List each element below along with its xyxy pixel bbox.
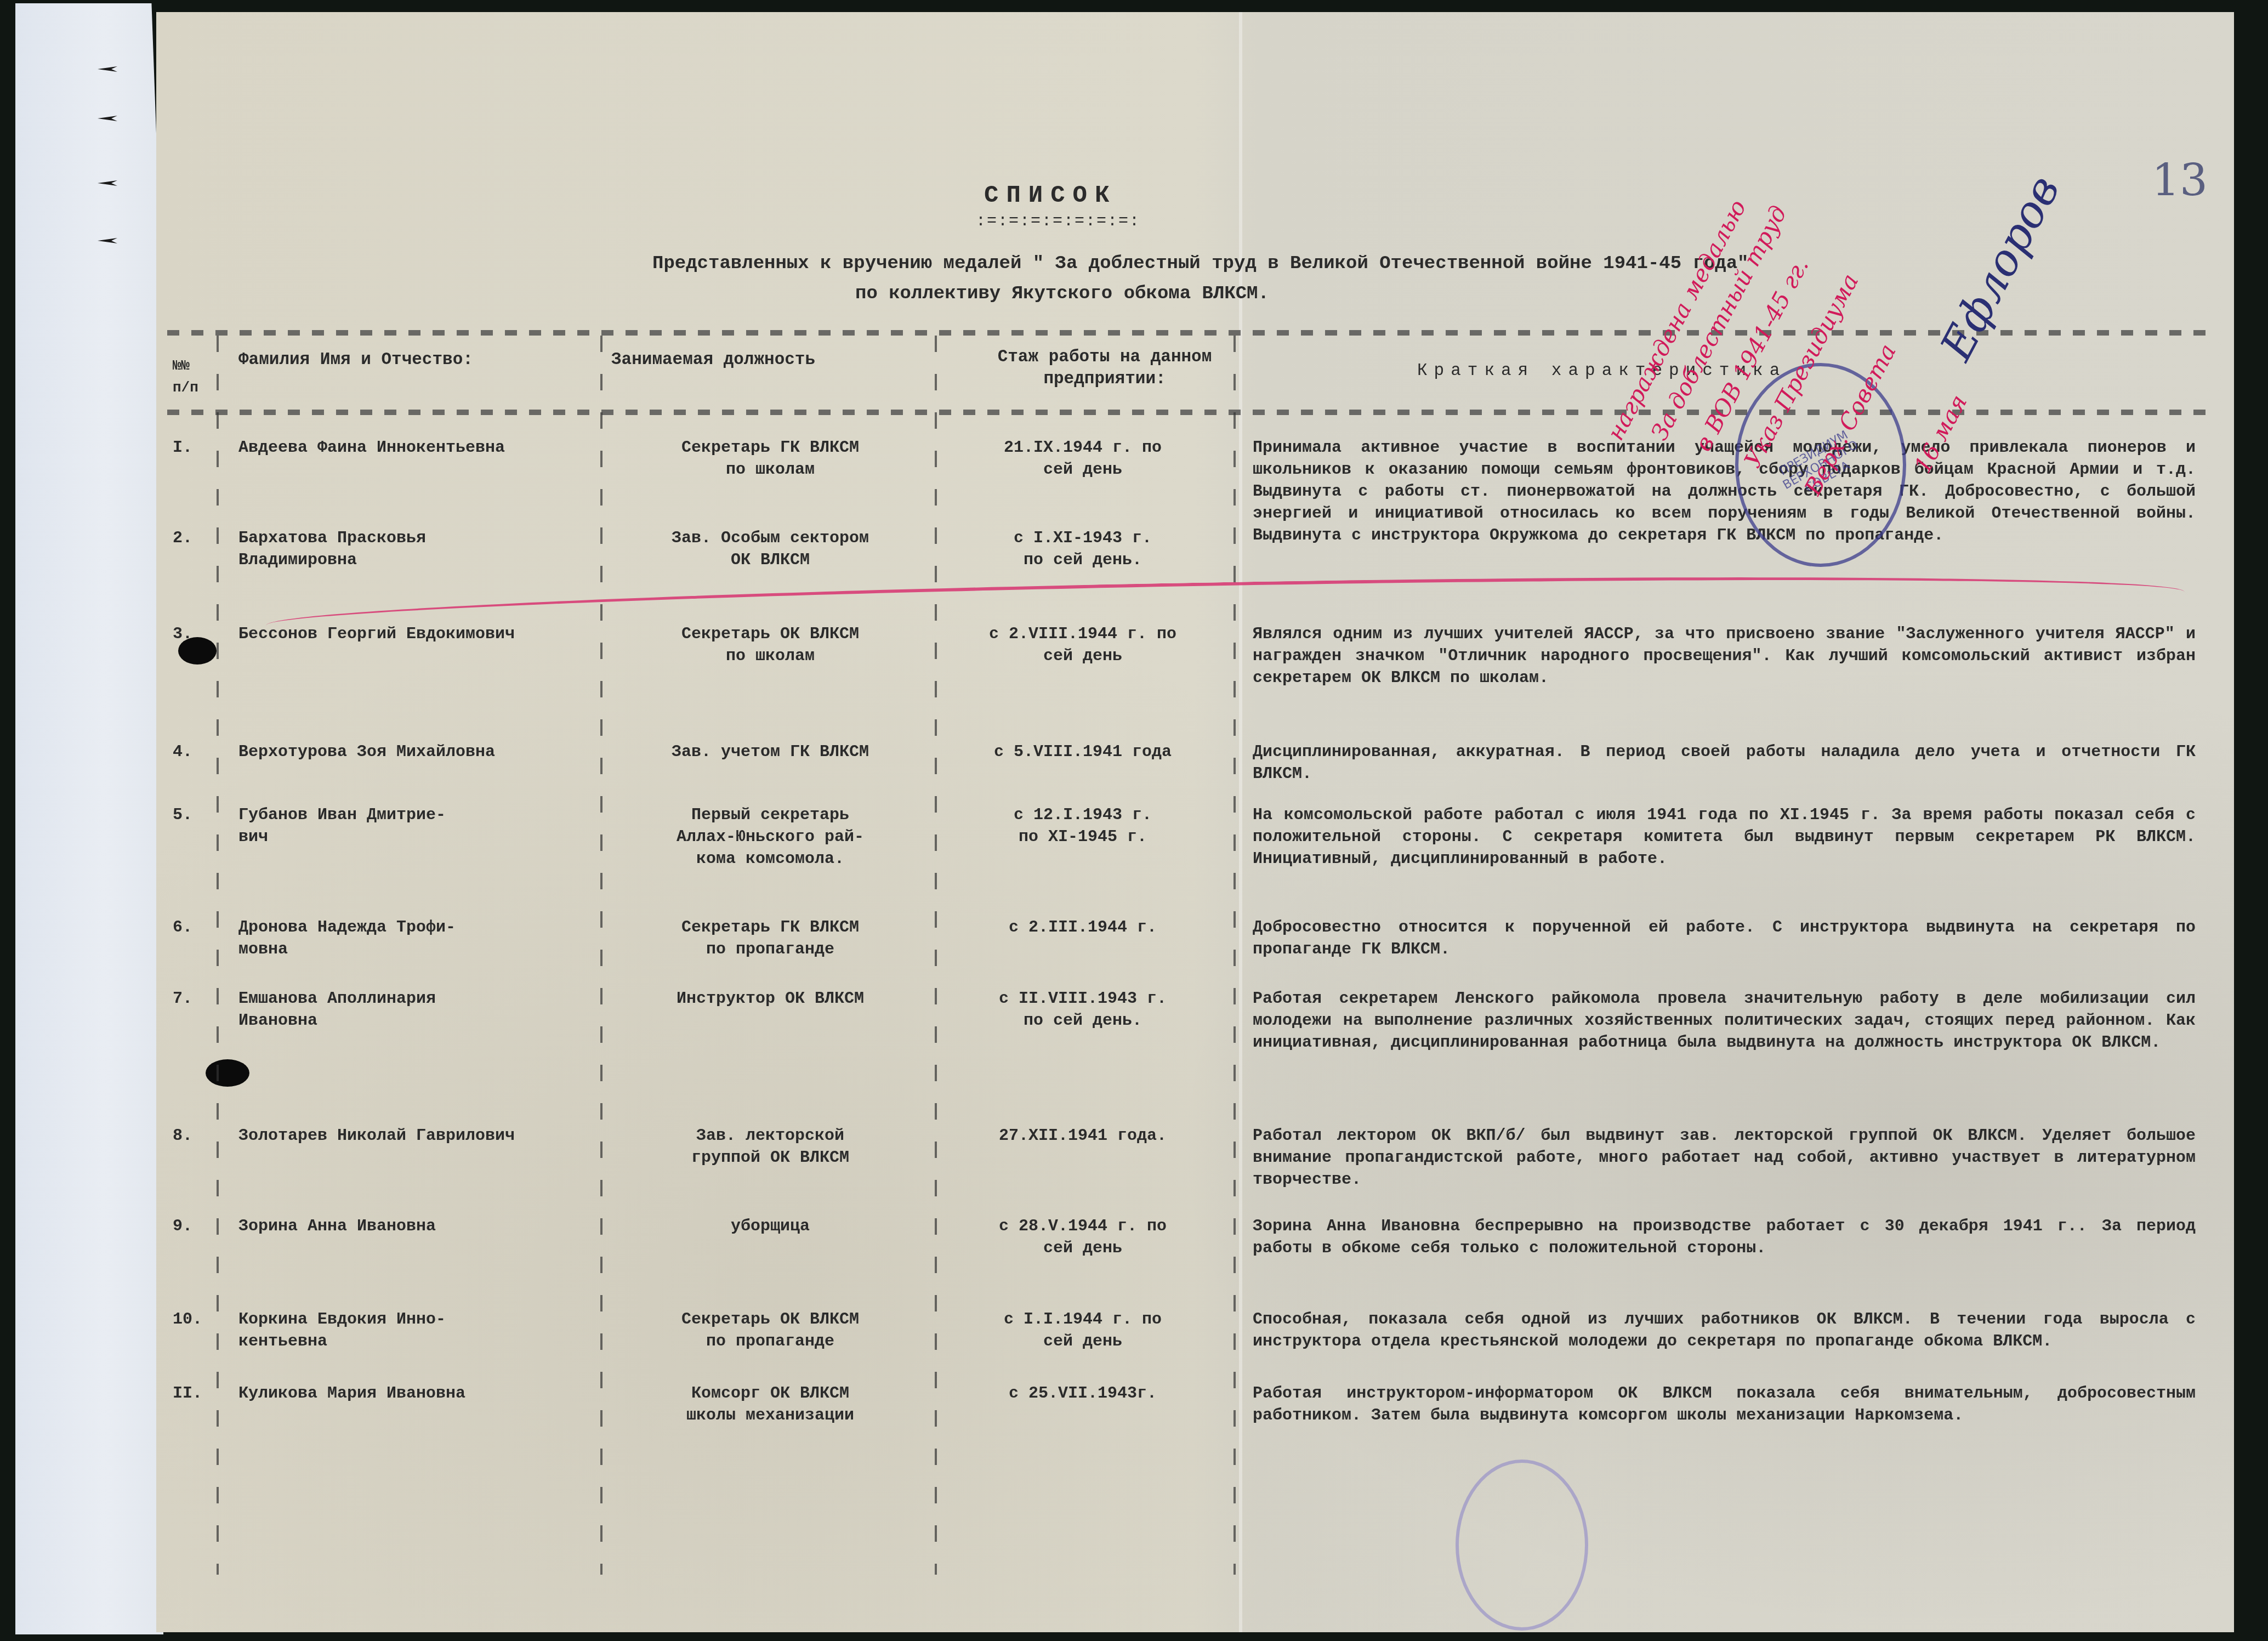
person-tenure: 21.IX.1944 г. по сей день bbox=[940, 437, 1225, 481]
header-num: №№ п/п bbox=[173, 355, 198, 399]
person-description: Способная, показала себя одной из лучших… bbox=[1253, 1309, 2196, 1353]
row-number: II. bbox=[173, 1383, 202, 1405]
table-header-rule bbox=[167, 410, 2207, 415]
table-top-rule bbox=[167, 330, 2207, 336]
person-name: Верхотурова Зоя Михайловна bbox=[238, 741, 589, 763]
person-name: Дронова Надежда Трофи- мовна bbox=[238, 917, 589, 961]
person-tenure: с 28.V.1944 г. по сей день bbox=[940, 1216, 1225, 1259]
person-name: Куликова Мария Ивановна bbox=[238, 1383, 589, 1405]
person-tenure: 27.XII.1941 года. bbox=[940, 1125, 1225, 1147]
person-description: Работая секретарем Ленского райкомола пр… bbox=[1253, 988, 2196, 1054]
person-description: Являлся одним из лучших учителей ЯАССР, … bbox=[1253, 623, 2196, 689]
row-number: 8. bbox=[173, 1125, 192, 1147]
person-name: Авдеева Фаина Иннокентьевна bbox=[238, 437, 589, 459]
row-number: 6. bbox=[173, 917, 192, 939]
row-number: 3. bbox=[173, 623, 192, 645]
row-number: 10. bbox=[173, 1309, 202, 1331]
person-position: Первый секретарь Аллах-Юньского рай- ком… bbox=[611, 804, 929, 870]
person-position: Зав. лекторской группой ОК ВЛКСМ bbox=[611, 1125, 929, 1169]
person-name: Коркина Евдокия Инно- кентьевна bbox=[238, 1309, 589, 1353]
person-position: Инструктор ОК ВЛКСМ bbox=[611, 988, 929, 1010]
person-position: Секретарь ОК ВЛКСМ по пропаганде bbox=[611, 1309, 929, 1353]
document-subtitle-2: по коллективу Якутского обкома ВЛКСМ. bbox=[855, 283, 1269, 304]
row-number: I. bbox=[173, 437, 192, 459]
person-position: уборщица bbox=[611, 1216, 929, 1237]
person-description: Дисциплинированная, аккуратная. В период… bbox=[1253, 741, 2196, 785]
document-title: СПИСОК bbox=[984, 182, 1117, 209]
document-subtitle: Представленных к вручению медалей " За д… bbox=[652, 253, 1749, 274]
person-description: Работая инструктором-информатором ОК ВЛК… bbox=[1253, 1383, 2196, 1427]
row-number: 4. bbox=[173, 741, 192, 763]
header-name: Фамилия Имя и Отчество: bbox=[238, 349, 473, 371]
column-divider bbox=[600, 336, 602, 1575]
person-position: Комсорг ОК ВЛКСМ школы механизации bbox=[611, 1383, 929, 1427]
person-tenure: с I.XI-1943 г. по сей день. bbox=[940, 527, 1225, 571]
person-description: Принимала активное участие в воспитании … bbox=[1253, 437, 2196, 547]
person-description: Работал лектором ОК ВКП/б/ был выдвинут … bbox=[1253, 1125, 2196, 1191]
header-position: Занимаемая должность bbox=[611, 349, 815, 371]
person-name: Золотарев Николай Гаврилович bbox=[238, 1125, 589, 1147]
person-position: Зав. Особым сектором ОК ВЛКСМ bbox=[611, 527, 929, 571]
person-tenure: с I.I.1944 г. по сей день bbox=[940, 1309, 1225, 1353]
row-number: 2. bbox=[173, 527, 192, 549]
person-tenure: с 25.VII.1943г. bbox=[940, 1383, 1225, 1405]
column-divider bbox=[217, 336, 219, 1575]
row-number: 5. bbox=[173, 804, 192, 826]
faded-stamp bbox=[1456, 1460, 1588, 1631]
column-divider bbox=[1234, 336, 1236, 1575]
person-name: Зорина Анна Ивановна bbox=[238, 1216, 589, 1237]
blue-signature: Ефлоров bbox=[1930, 167, 2070, 368]
person-tenure: с 12.I.1943 г. по XI-1945 г. bbox=[940, 804, 1225, 848]
person-position: Секретарь ГК ВЛКСМ по школам bbox=[611, 437, 929, 481]
stitch-mark bbox=[98, 116, 117, 121]
column-divider bbox=[935, 336, 937, 1575]
person-name: Емшанова Аполлинария Ивановна bbox=[238, 988, 589, 1032]
title-underline: :=:=:=:=:=:=:=: bbox=[976, 212, 1140, 231]
person-tenure: с II.VIII.1943 г. по сей день. bbox=[940, 988, 1225, 1032]
person-description: Зорина Анна Ивановна беспрерывно на прои… bbox=[1253, 1216, 2196, 1259]
person-position: Зав. учетом ГК ВЛКСМ bbox=[611, 741, 929, 763]
document-page: СПИСОК :=:=:=:=:=:=:=: Представленных к … bbox=[156, 12, 2234, 1632]
person-description: На комсомольской работе работал с июля 1… bbox=[1253, 804, 2196, 870]
person-name: Губанов Иван Дмитрие- вич bbox=[238, 804, 589, 848]
row-number: 7. bbox=[173, 988, 192, 1010]
person-description: Добросовестно относится к порученной ей … bbox=[1253, 917, 2196, 961]
person-name: Бархатова Прасковья Владимировна bbox=[238, 527, 589, 571]
person-position: Секретарь ГК ВЛКСМ по пропаганде bbox=[611, 917, 929, 961]
page-number: 13 bbox=[2152, 155, 2208, 206]
person-tenure: с 5.VIII.1941 года bbox=[940, 741, 1225, 763]
row-number: 9. bbox=[173, 1216, 192, 1237]
binding-strip bbox=[15, 3, 163, 1634]
stitch-mark bbox=[98, 180, 117, 186]
stitch-mark bbox=[98, 238, 117, 243]
punch-hole bbox=[206, 1059, 249, 1087]
header-tenure: Стаж работы на данном предприятии: bbox=[990, 347, 1220, 390]
person-tenure: с 2.III.1944 г. bbox=[940, 917, 1225, 939]
stitch-mark bbox=[98, 66, 117, 72]
